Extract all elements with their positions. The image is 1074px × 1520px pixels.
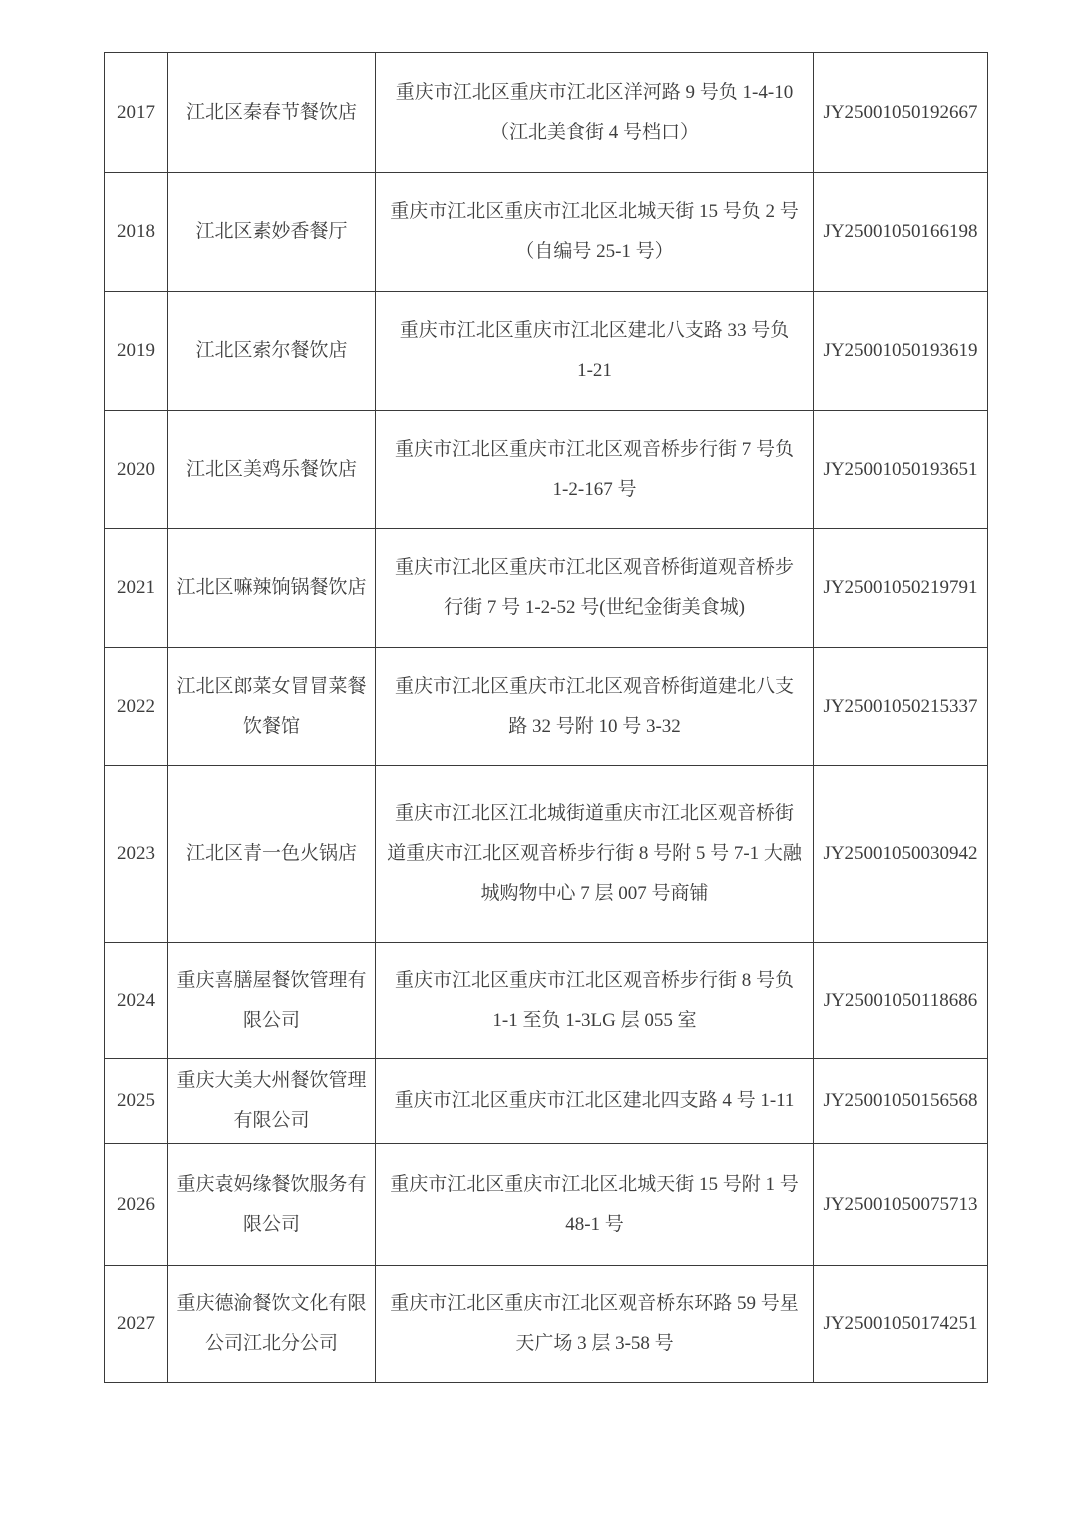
table-row: 2027 重庆德渝餐饮文化有限 公司江北分公司 重庆市江北区重庆市江北区观音桥东… bbox=[105, 1266, 988, 1383]
address-cell: 重庆市江北区重庆市江北区观音桥东环路 59 号星 天广场 3 层 3-58 号 bbox=[376, 1266, 814, 1383]
address-cell: 重庆市江北区重庆市江北区观音桥街道建北八支 路 32 号附 10 号 3-32 bbox=[376, 648, 814, 766]
address-cell: 重庆市江北区重庆市江北区观音桥步行街 8 号负 1-1 至负 1-3LG 层 0… bbox=[376, 943, 814, 1059]
address-cell: 重庆市江北区重庆市江北区洋河路 9 号负 1-4-10 （江北美食街 4 号档口… bbox=[376, 53, 814, 173]
restaurant-name-cell: 江北区青一色火锅店 bbox=[168, 766, 376, 943]
table-body: 2017 江北区秦春节餐饮店 重庆市江北区重庆市江北区洋河路 9 号负 1-4-… bbox=[105, 53, 988, 1383]
table-row: 2021 江北区嘛辣饷锅餐饮店 重庆市江北区重庆市江北区观音桥街道观音桥步 行街… bbox=[105, 529, 988, 648]
serial-number-cell: 2022 bbox=[105, 648, 168, 766]
address-cell: 重庆市江北区重庆市江北区建北八支路 33 号负 1-21 bbox=[376, 292, 814, 411]
restaurant-name-cell: 重庆德渝餐饮文化有限 公司江北分公司 bbox=[168, 1266, 376, 1383]
serial-number-cell: 2024 bbox=[105, 943, 168, 1059]
serial-number-cell: 2018 bbox=[105, 173, 168, 292]
serial-number-cell: 2026 bbox=[105, 1144, 168, 1266]
license-number-cell: JY25001050193619 bbox=[814, 292, 988, 411]
table-row: 2020 江北区美鸡乐餐饮店 重庆市江北区重庆市江北区观音桥步行街 7 号负 1… bbox=[105, 411, 988, 529]
address-cell: 重庆市江北区重庆市江北区建北四支路 4 号 1-11 bbox=[376, 1059, 814, 1144]
serial-number-cell: 2017 bbox=[105, 53, 168, 173]
license-number-cell: JY25001050174251 bbox=[814, 1266, 988, 1383]
address-cell: 重庆市江北区重庆市江北区北城天街 15 号附 1 号 48-1 号 bbox=[376, 1144, 814, 1266]
address-cell: 重庆市江北区江北城街道重庆市江北区观音桥街 道重庆市江北区观音桥步行街 8 号附… bbox=[376, 766, 814, 943]
license-number-cell: JY25001050075713 bbox=[814, 1144, 988, 1266]
restaurant-name-cell: 江北区索尔餐饮店 bbox=[168, 292, 376, 411]
restaurant-name-cell: 江北区秦春节餐饮店 bbox=[168, 53, 376, 173]
restaurant-name-cell: 江北区美鸡乐餐饮店 bbox=[168, 411, 376, 529]
restaurant-name-cell: 江北区素妙香餐厅 bbox=[168, 173, 376, 292]
restaurant-license-table: 2017 江北区秦春节餐饮店 重庆市江北区重庆市江北区洋河路 9 号负 1-4-… bbox=[104, 52, 988, 1383]
restaurant-name-cell: 重庆大美大州餐饮管理 有限公司 bbox=[168, 1059, 376, 1144]
serial-number-cell: 2021 bbox=[105, 529, 168, 648]
license-number-cell: JY25001050193651 bbox=[814, 411, 988, 529]
address-cell: 重庆市江北区重庆市江北区北城天街 15 号负 2 号 （自编号 25-1 号） bbox=[376, 173, 814, 292]
serial-number-cell: 2025 bbox=[105, 1059, 168, 1144]
address-cell: 重庆市江北区重庆市江北区观音桥街道观音桥步 行街 7 号 1-2-52 号(世纪… bbox=[376, 529, 814, 648]
serial-number-cell: 2027 bbox=[105, 1266, 168, 1383]
address-cell: 重庆市江北区重庆市江北区观音桥步行街 7 号负 1-2-167 号 bbox=[376, 411, 814, 529]
restaurant-name-cell: 重庆袁妈缘餐饮服务有 限公司 bbox=[168, 1144, 376, 1266]
license-number-cell: JY25001050030942 bbox=[814, 766, 988, 943]
serial-number-cell: 2023 bbox=[105, 766, 168, 943]
serial-number-cell: 2019 bbox=[105, 292, 168, 411]
table-row: 2025 重庆大美大州餐饮管理 有限公司 重庆市江北区重庆市江北区建北四支路 4… bbox=[105, 1059, 988, 1144]
license-number-cell: JY25001050215337 bbox=[814, 648, 988, 766]
table-row: 2024 重庆喜膳屋餐饮管理有 限公司 重庆市江北区重庆市江北区观音桥步行街 8… bbox=[105, 943, 988, 1059]
table-row: 2022 江北区郎菜女冒冒菜餐 饮餐馆 重庆市江北区重庆市江北区观音桥街道建北八… bbox=[105, 648, 988, 766]
table-row: 2017 江北区秦春节餐饮店 重庆市江北区重庆市江北区洋河路 9 号负 1-4-… bbox=[105, 53, 988, 173]
restaurant-name-cell: 江北区郎菜女冒冒菜餐 饮餐馆 bbox=[168, 648, 376, 766]
serial-number-cell: 2020 bbox=[105, 411, 168, 529]
license-number-cell: JY25001050219791 bbox=[814, 529, 988, 648]
license-number-cell: JY25001050166198 bbox=[814, 173, 988, 292]
restaurant-name-cell: 江北区嘛辣饷锅餐饮店 bbox=[168, 529, 376, 648]
license-number-cell: JY25001050156568 bbox=[814, 1059, 988, 1144]
table-row: 2019 江北区索尔餐饮店 重庆市江北区重庆市江北区建北八支路 33 号负 1-… bbox=[105, 292, 988, 411]
license-number-cell: JY25001050118686 bbox=[814, 943, 988, 1059]
table-row: 2026 重庆袁妈缘餐饮服务有 限公司 重庆市江北区重庆市江北区北城天街 15 … bbox=[105, 1144, 988, 1266]
license-number-cell: JY25001050192667 bbox=[814, 53, 988, 173]
table-row: 2018 江北区素妙香餐厅 重庆市江北区重庆市江北区北城天街 15 号负 2 号… bbox=[105, 173, 988, 292]
table-row: 2023 江北区青一色火锅店 重庆市江北区江北城街道重庆市江北区观音桥街 道重庆… bbox=[105, 766, 988, 943]
document-page: 2017 江北区秦春节餐饮店 重庆市江北区重庆市江北区洋河路 9 号负 1-4-… bbox=[0, 0, 1074, 1520]
restaurant-name-cell: 重庆喜膳屋餐饮管理有 限公司 bbox=[168, 943, 376, 1059]
